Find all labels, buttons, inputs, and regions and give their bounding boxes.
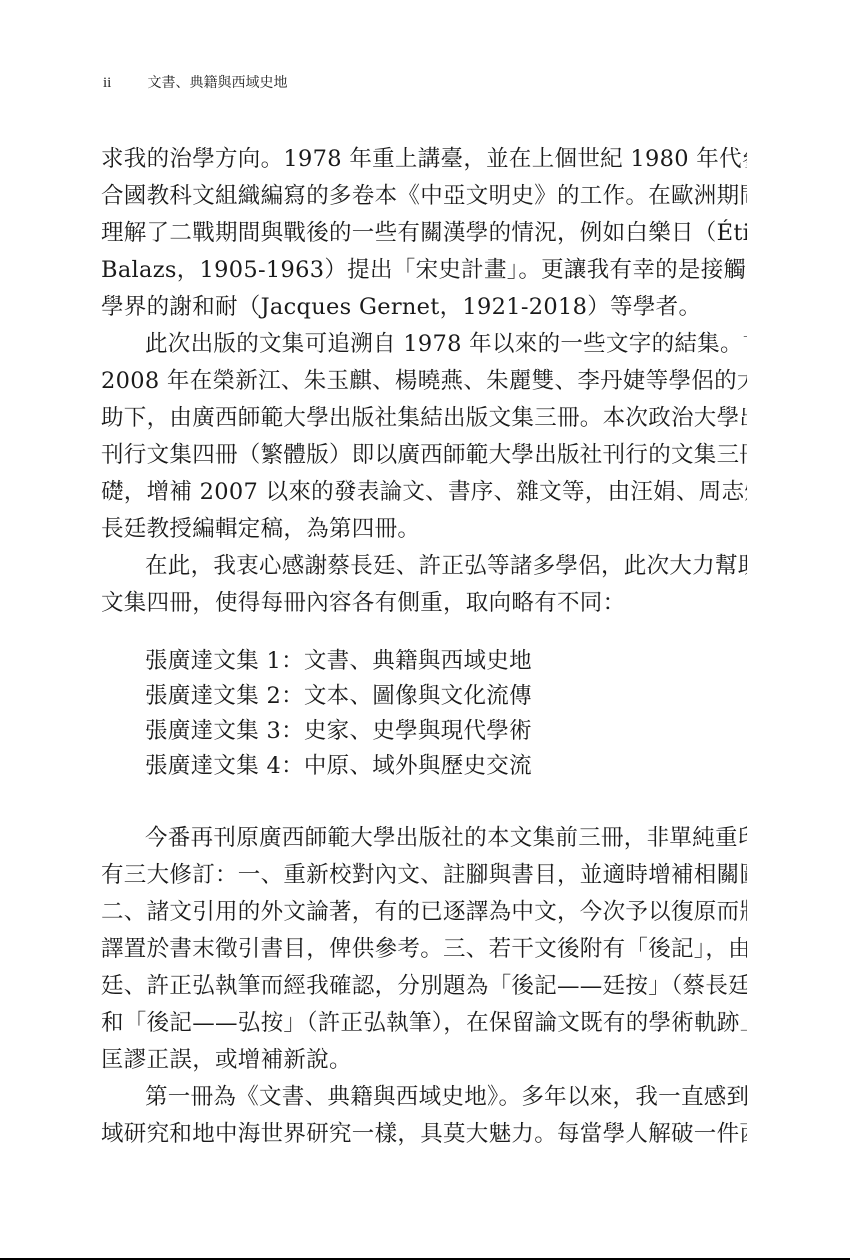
- text-line: 礎，增補 2007 以來的發表論文、書序、雜文等，由汪娟、周志煌、蔡: [101, 474, 747, 511]
- running-head: ii 文書、典籍與西域史地: [103, 73, 287, 93]
- text-line: 學界的謝和耐（Jacques Gernet，1921-2018）等學者。: [101, 289, 747, 326]
- text-line: 有三大修訂：一、重新校對內文、註腳與書目，並適時增補相關圖表。: [101, 857, 747, 894]
- text-line: 匡謬正誤，或增補新說。: [101, 1042, 747, 1079]
- text-line: 長廷教授編輯定稿，為第四冊。: [101, 511, 747, 548]
- list-item: 張廣達文集 2：文本、圖像與文化流傳: [101, 679, 747, 714]
- text-line: Balazs，1905-1963）提出「宋史計畫」。更讓我有幸的是接觸到法國漢: [101, 252, 747, 289]
- spacer: [101, 784, 747, 820]
- text-line: 第一冊為《文書、典籍與西域史地》。多年以來，我一直感到，西: [101, 1079, 747, 1116]
- paragraph-3: 在此，我衷心感謝蔡長廷、許正弘等諸多學侶，此次大力幫助釐定 文集四冊，使得每冊內…: [101, 548, 747, 622]
- paragraph-4: 今番再刊原廣西師範大學出版社的本文集前三冊，非單純重印，而 有三大修訂：一、重新…: [101, 820, 747, 1079]
- running-head-title: 文書、典籍與西域史地: [147, 73, 287, 93]
- text-line: 和「後記——弘按」（許正弘執筆），在保留論文既有的學術軌跡上，或: [101, 1005, 747, 1042]
- list-item: 張廣達文集 4：中原、域外與歷史交流: [101, 749, 747, 784]
- text-line: 在此，我衷心感謝蔡長廷、許正弘等諸多學侶，此次大力幫助釐定: [101, 548, 747, 585]
- book-page: ii 文書、典籍與西域史地 求我的治學方向。1978 年重上講臺，並在上個世紀 …: [0, 0, 850, 1260]
- text-line: 合國教科文組織編寫的多卷本《中亞文明史》的工作。在歐洲期間，我: [101, 178, 747, 215]
- text-line: 廷、許正弘執筆而經我確認，分別題為「後記——廷按」（蔡長廷執筆）: [101, 968, 747, 1005]
- text-line: 求我的治學方向。1978 年重上講臺，並在上個世紀 1980 年代參加了聯: [101, 141, 747, 178]
- text-line: 助下，由廣西師範大學出版社集結出版文集三冊。本次政治大學出版社: [101, 400, 747, 437]
- text-line: 今番再刊原廣西師範大學出版社的本文集前三冊，非單純重印，而: [101, 820, 747, 857]
- volume-list: 張廣達文集 1：文書、典籍與西域史地 張廣達文集 2：文本、圖像與文化流傳 張廣…: [101, 644, 747, 784]
- text-line: 域研究和地中海世界研究一樣，具莫大魅力。每當學人解破一件西域出: [101, 1116, 747, 1153]
- list-item: 張廣達文集 3：史家、史學與現代學術: [101, 714, 747, 749]
- text-line: 2008 年在榮新江、朱玉麒、楊曉燕、朱麗雙、李丹婕等學侶的大力協: [101, 363, 747, 400]
- paragraph-2: 此次出版的文集可追溯自 1978 年以來的一些文字的結集。首先， 2008 年在…: [101, 326, 747, 548]
- page-body: 求我的治學方向。1978 年重上講臺，並在上個世紀 1980 年代參加了聯 合國…: [101, 141, 747, 1153]
- text-line: 文集四冊，使得每冊內容各有側重，取向略有不同：: [101, 585, 747, 622]
- text-line: 此次出版的文集可追溯自 1978 年以來的一些文字的結集。首先，: [101, 326, 747, 363]
- list-item: 張廣達文集 1：文書、典籍與西域史地: [101, 644, 747, 679]
- page-number: ii: [103, 73, 143, 93]
- text-line: 譯置於書末徵引書目，俾供參考。三、若干文後附有「後記」，由蔡長: [101, 931, 747, 968]
- text-line: 理解了二戰期間與戰後的一些有關漢學的情況，例如白樂日（Étienne: [101, 215, 747, 252]
- text-line: 二、諸文引用的外文論著，有的已逐譯為中文，今次予以復原而將中: [101, 894, 747, 931]
- text-line: 刊行文集四冊（繁體版）即以廣西師範大學出版社刊行的文集三冊為基: [101, 437, 747, 474]
- paragraph-5: 第一冊為《文書、典籍與西域史地》。多年以來，我一直感到，西 域研究和地中海世界研…: [101, 1079, 747, 1153]
- paragraph-1: 求我的治學方向。1978 年重上講臺，並在上個世紀 1980 年代參加了聯 合國…: [101, 141, 747, 326]
- spacer: [101, 622, 747, 644]
